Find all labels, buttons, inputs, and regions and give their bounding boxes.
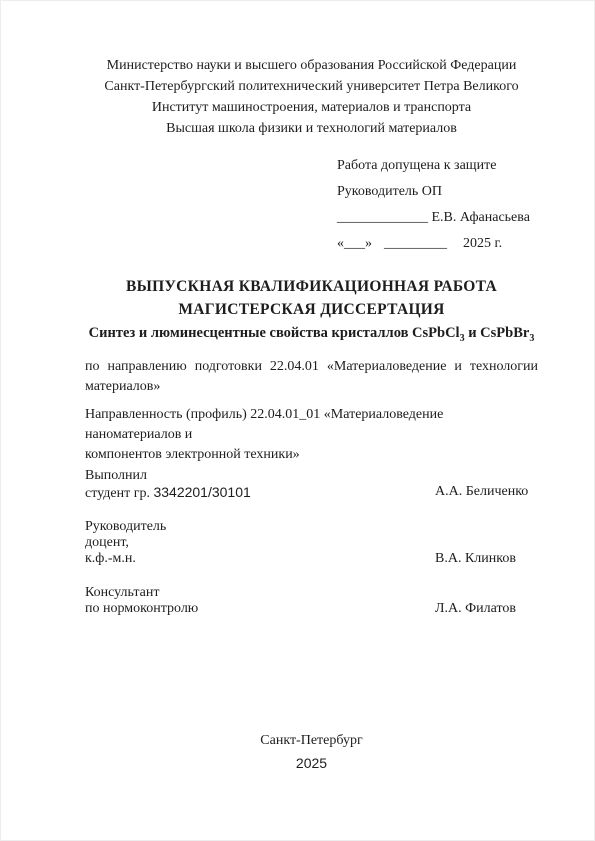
approval-role-line: Руководитель ОП (337, 179, 530, 205)
header-ministry-line: Министерство науки и высшего образования… (85, 55, 538, 76)
approval-signature-line: _____________ Е.В. Афанасьева (337, 205, 530, 231)
approval-block: Работа допущена к защите Руководитель ОП… (337, 153, 530, 257)
student-role-label: Выполнил (85, 468, 251, 484)
header-school-line: Высшая школа физики и технологий материа… (85, 118, 538, 139)
direction-paragraph: по направлению подготовки 22.04.01 «Мате… (85, 357, 538, 397)
thesis-title-page: Министерство науки и высшего образования… (0, 0, 595, 841)
student-group-prefix: студент гр. (85, 486, 153, 501)
profile-paragraph: Направленность (профиль) 22.04.01_01 «Ма… (85, 405, 538, 465)
student-block: Выполнил студент гр. 3342201/30101 (85, 468, 251, 502)
header-institute-line: Институт машиностроения, материалов и тр… (85, 97, 538, 118)
student-name: А.А. Беличенко (435, 484, 528, 500)
header-university-line: Санкт-Петербургский политехнический унив… (85, 76, 538, 97)
supervisor-role-label: Руководитель (85, 519, 166, 535)
supervisor-name: В.А. Клинков (435, 551, 516, 567)
topic-subscript-2: 3 (529, 333, 534, 344)
thesis-topic: Синтез и люминесцентные свойства кристал… (85, 325, 538, 344)
profile-line-1: Направленность (профиль) 22.04.01_01 «Ма… (85, 405, 538, 445)
consultant-detail: по нормоконтролю (85, 601, 198, 617)
approval-admitted-line: Работа допущена к защите (337, 153, 530, 179)
date-day-blank: «___» (337, 236, 372, 251)
supervisor-block: Руководитель доцент, к.ф.-м.н. (85, 519, 166, 567)
date-year: 2025 г. (463, 236, 502, 251)
topic-text-mid: и CsPbBr (465, 325, 530, 341)
topic-text-prefix: Синтез и люминесцентные свойства кристал… (89, 325, 460, 341)
work-type-title: ВЫПУСКНАЯ КВАЛИФИКАЦИОННАЯ РАБОТА (85, 278, 538, 296)
consultant-name: Л.А. Филатов (435, 601, 516, 617)
consultant-block: Консультант по нормоконтролю (85, 585, 198, 617)
signatory-name: Е.В. Афанасьева (432, 210, 530, 225)
approval-date-line: «___»_________2025 г. (337, 231, 530, 257)
student-group-number: 3342201/30101 (153, 484, 250, 500)
date-month-blank: _________ (384, 236, 447, 251)
supervisor-degree: к.ф.-м.н. (85, 551, 166, 567)
profile-line-2: компонентов электронной техники» (85, 445, 538, 465)
consultant-role-label: Консультант (85, 585, 198, 601)
supervisor-position: доцент, (85, 535, 166, 551)
signature-blank: _____________ (337, 210, 428, 225)
university-header: Министерство науки и высшего образования… (85, 55, 538, 139)
footer-year: 2025 (85, 755, 538, 771)
student-group-line: студент гр. 3342201/30101 (85, 484, 251, 502)
footer-city: Санкт-Петербург (85, 733, 538, 749)
work-subtype-title: МАГИСТЕРСКАЯ ДИССЕРТАЦИЯ (85, 301, 538, 319)
direction-line-1: по направлению подготовки 22.04.01 «Мате… (85, 357, 538, 377)
direction-line-2: материалов» (85, 377, 538, 397)
